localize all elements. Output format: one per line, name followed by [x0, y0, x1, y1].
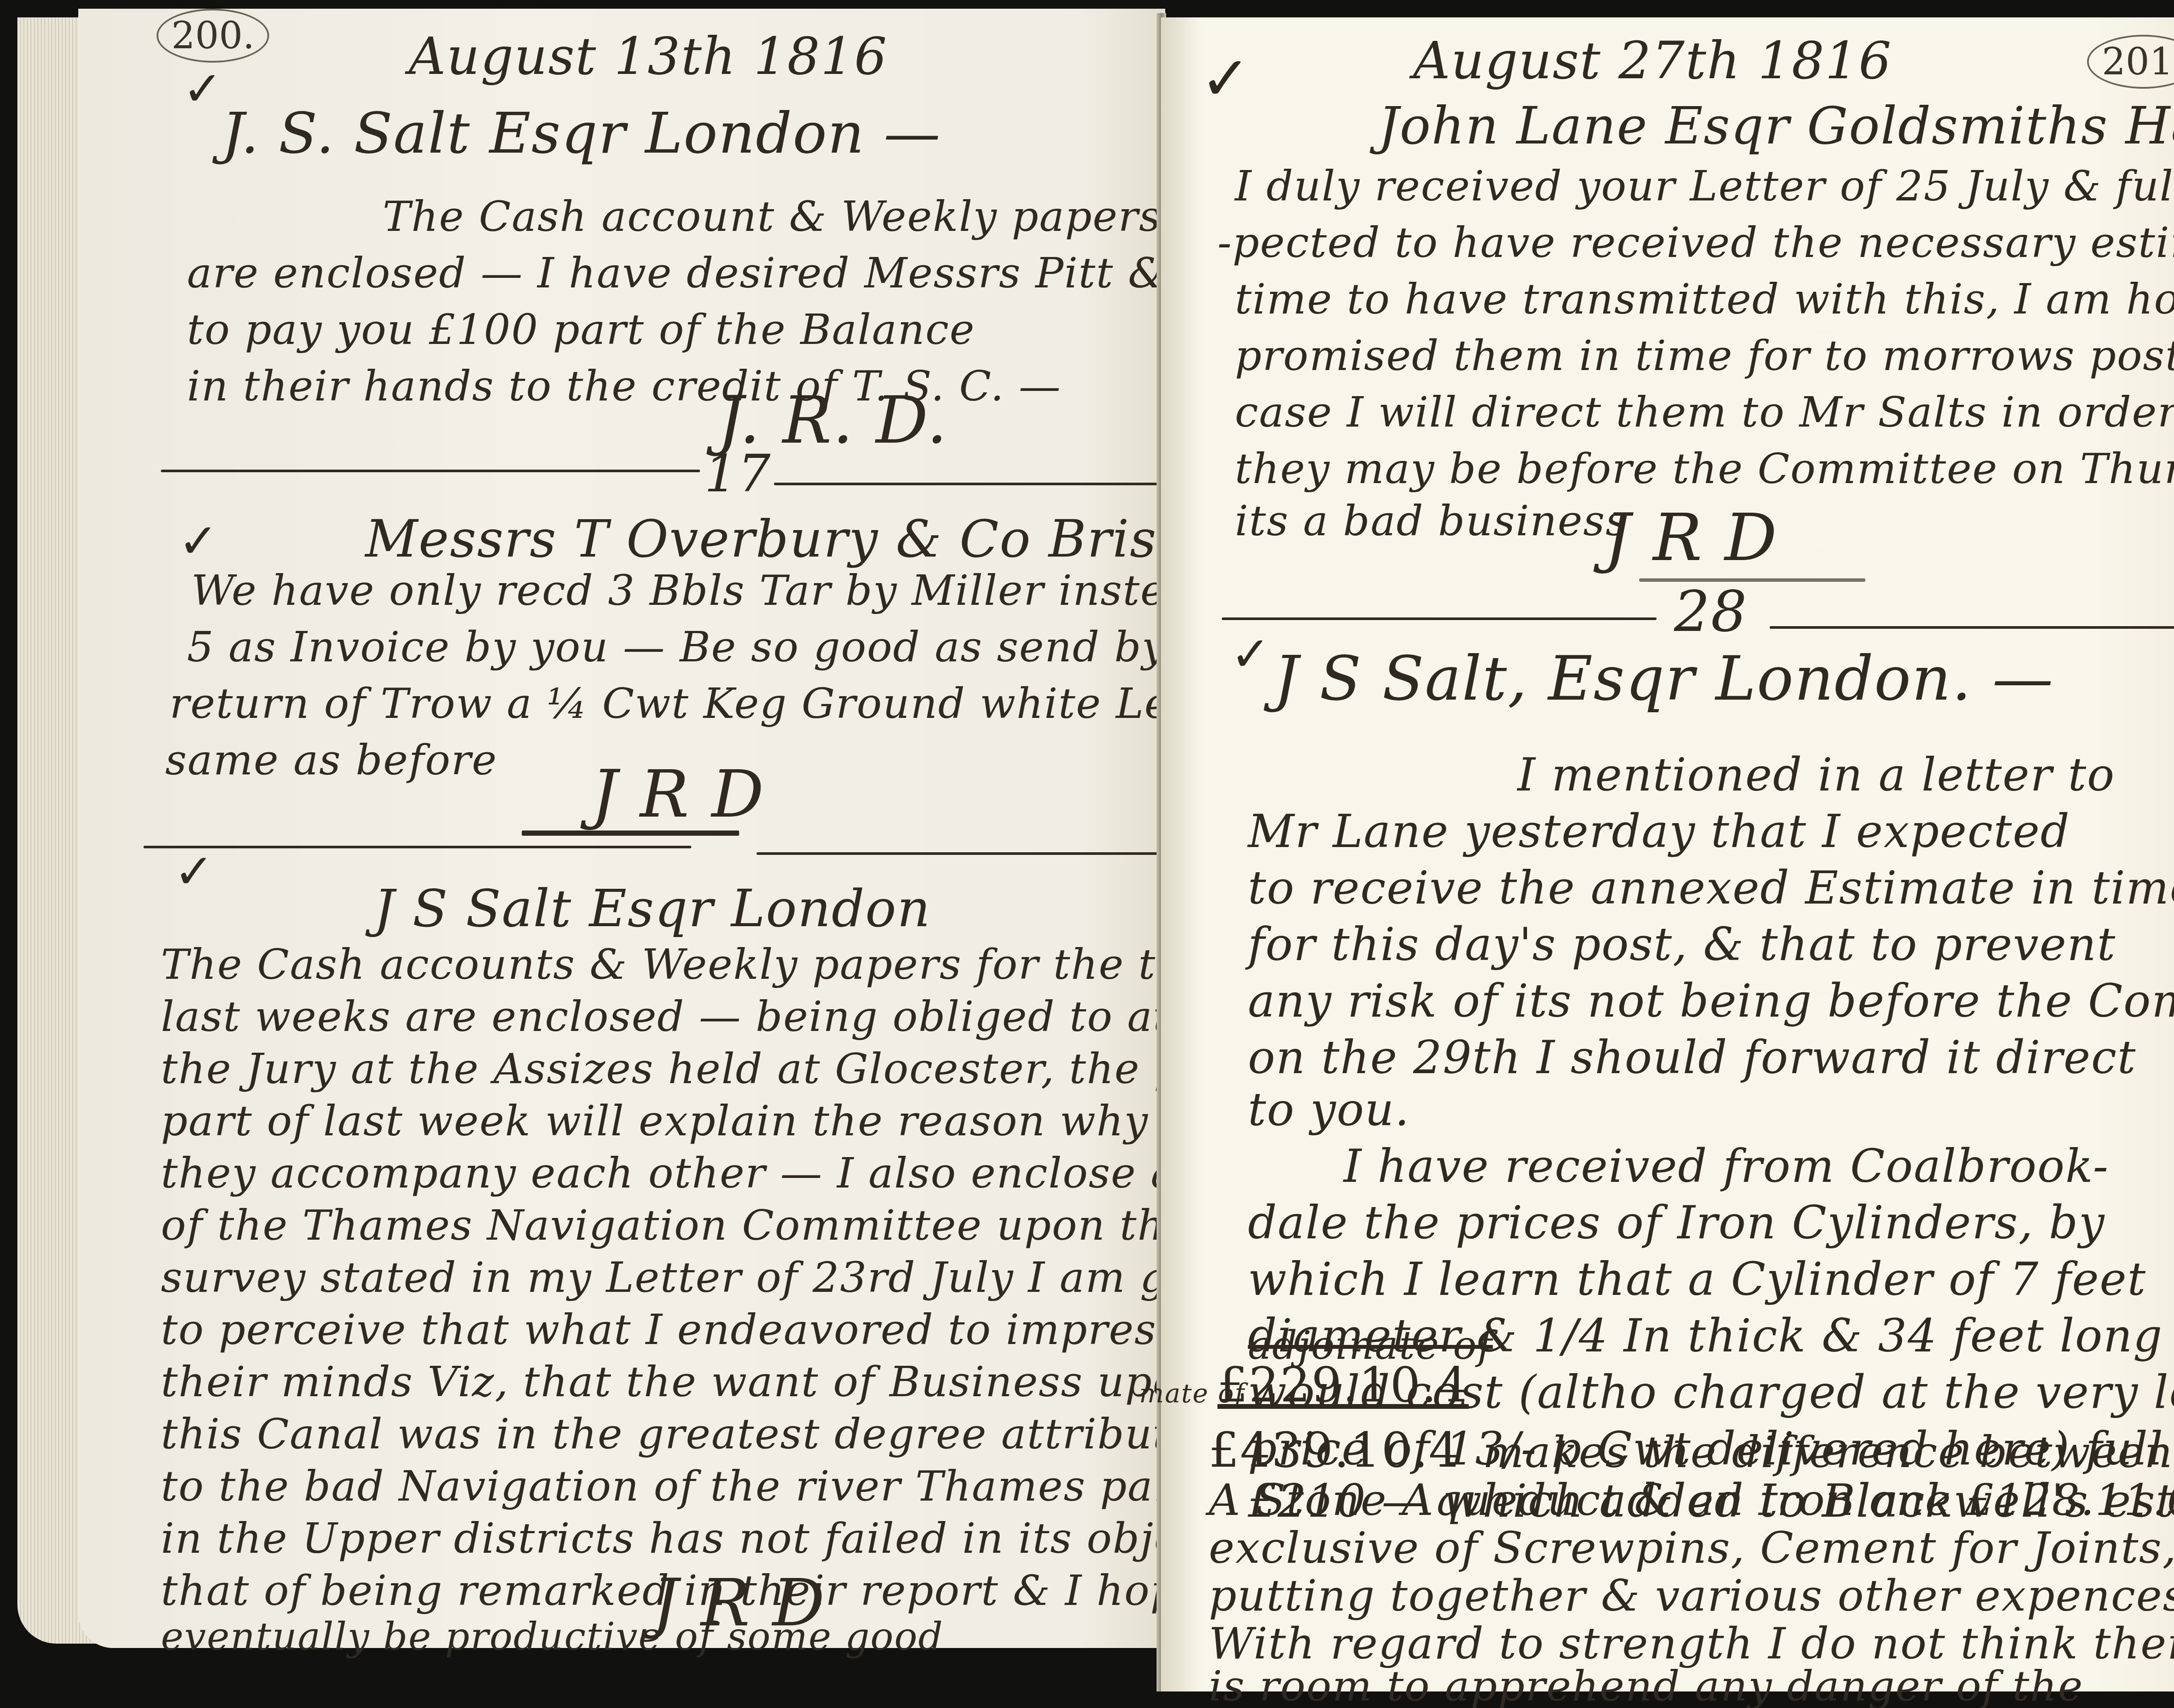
- letter-line: this Canal was in the greatest degree at…: [161, 1413, 1264, 1455]
- tick-mark: ✓: [178, 513, 219, 569]
- signature-flourish: [1639, 578, 1865, 582]
- entry-addressee: Messrs T Overbury & Co Bristol: [365, 509, 1227, 569]
- entry-addressee: J S Salt Esqr London: [374, 878, 931, 938]
- letter-line: its a bad business: [1235, 500, 1628, 542]
- letter-line: to perceive that what I endeavored to im…: [161, 1309, 1302, 1351]
- left-page: 200. ✓ August 13th 1816 J. S. Salt Esqr …: [78, 9, 1165, 1648]
- tick-mark: ✓: [183, 61, 223, 117]
- entry-date: August 13th 1816: [409, 26, 888, 86]
- letter-line: to you.: [1248, 1087, 1410, 1132]
- letter-line: on the 29th I should forward it direct: [1248, 1035, 2137, 1080]
- letter-line: which I learn that a Cylinder of 7 feet: [1248, 1257, 2146, 1302]
- signature: J R D: [652, 1565, 826, 1641]
- letter-line: time to have transmitted with this, I am…: [1235, 278, 2174, 320]
- letter-line: I have received from Coalbrook-: [1344, 1144, 2109, 1189]
- open-letterbook: 200. ✓ August 13th 1816 J. S. Salt Esqr …: [0, 0, 2174, 1708]
- divider-rule: [143, 846, 691, 848]
- letter-line: of the Thames Navigation Committee upon …: [161, 1204, 1226, 1246]
- entry-addressee: J S Salt, Esqr London. —: [1274, 644, 2054, 714]
- letter-line: promised them in time for to morrows pos…: [1235, 335, 2174, 377]
- letter-line: The Cash accounts & Weekly papers for th…: [161, 944, 1219, 985]
- letter-line: they may be before the Committee on Thur…: [1235, 448, 2174, 490]
- letter-line: are enclosed — I have desired Messrs Pit…: [187, 252, 1239, 294]
- letter-line: to pay you £100 part of the Balance: [187, 309, 975, 350]
- entry-addressee: John Lane Esqr Goldsmiths Hall: [1378, 96, 2174, 156]
- signature-flourish: [522, 831, 739, 836]
- letter-line: to receive the annexed Estimate in time: [1248, 865, 2174, 911]
- letter-line: I mentioned in a letter to: [1517, 752, 2115, 797]
- tick-mark: ✓: [1230, 626, 1271, 682]
- page-number-right: 201.: [2087, 35, 2174, 89]
- letter-line: With regard to strength I do not think t…: [1209, 1622, 2174, 1665]
- letter-line: exclusive of Screwpins, Cement for Joint…: [1209, 1526, 2174, 1570]
- letter-line: -pected to have received the necessary e…: [1217, 222, 2174, 264]
- sum-total: £439.10.4: [1209, 1426, 1460, 1474]
- divider-rule: [774, 483, 1209, 485]
- letter-line: makes the difference between: [1483, 1431, 2173, 1474]
- letter-line: same as before: [165, 739, 497, 781]
- letter-line: The Cash account & Weekly papers: [383, 196, 1161, 237]
- tick-mark: ✓: [174, 844, 215, 899]
- divider-rule: [757, 852, 1217, 855]
- letter-line: A Stone Aqueduct & an Iron one £128.11.6: [1209, 1478, 2174, 1522]
- letter-line: the Jury at the Assizes held at Gloceste…: [161, 1048, 1318, 1090]
- entry-date: 28: [1674, 578, 1747, 644]
- letter-line: 5 as Invoice by you — Be so good as send…: [187, 626, 1166, 668]
- signature: J R D: [591, 757, 765, 832]
- letter-line: is room to apprehend any danger of the: [1209, 1665, 2084, 1707]
- tick-mark: ✓: [1200, 43, 1252, 114]
- letter-line: in the Upper districts has not failed in…: [161, 1518, 1221, 1559]
- letter-line: putting together & various other expence…: [1209, 1574, 2174, 1618]
- letter-line: return of Trow a ¼ Cwt Keg Ground white …: [170, 683, 1223, 724]
- letter-line: We have only recd 3 Bbls Tar by Miller i…: [191, 570, 1276, 611]
- letter-line: part of last week will explain the reaso…: [161, 1100, 1149, 1142]
- entry-addressee: J. S. Salt Esqr London —: [222, 100, 941, 166]
- letter-line: dale the prices of Iron Cylinders, by: [1248, 1200, 2105, 1245]
- letter-line: survey stated in my Letter of 23rd July …: [161, 1257, 1235, 1298]
- page-number-left: 200.: [157, 9, 269, 63]
- letter-line: I duly received your Letter of 25 July &…: [1235, 165, 2174, 207]
- divider-rule: [161, 470, 700, 472]
- entry-date: 17: [704, 444, 771, 504]
- letter-line: case I will direct them to Mr Salts in o…: [1235, 391, 2174, 433]
- divider-rule: [1222, 617, 1657, 620]
- entry-date: August 27th 1816: [1413, 30, 1892, 90]
- signature: J R D: [1604, 500, 1778, 576]
- letter-line: any risk of its not being before the Com…: [1248, 978, 2174, 1024]
- divider-rule: [1770, 626, 2174, 629]
- letter-line: their minds Viz, that the want of Busine…: [161, 1361, 1207, 1403]
- letter-line: eventually be productive of some good: [161, 1618, 944, 1656]
- letter-line: for this day's post, & that to prevent: [1248, 922, 2116, 967]
- letter-line: Mr Lane yesterday that I expected: [1248, 809, 2070, 854]
- sum-subtotal: £229.10.4: [1217, 1361, 1469, 1409]
